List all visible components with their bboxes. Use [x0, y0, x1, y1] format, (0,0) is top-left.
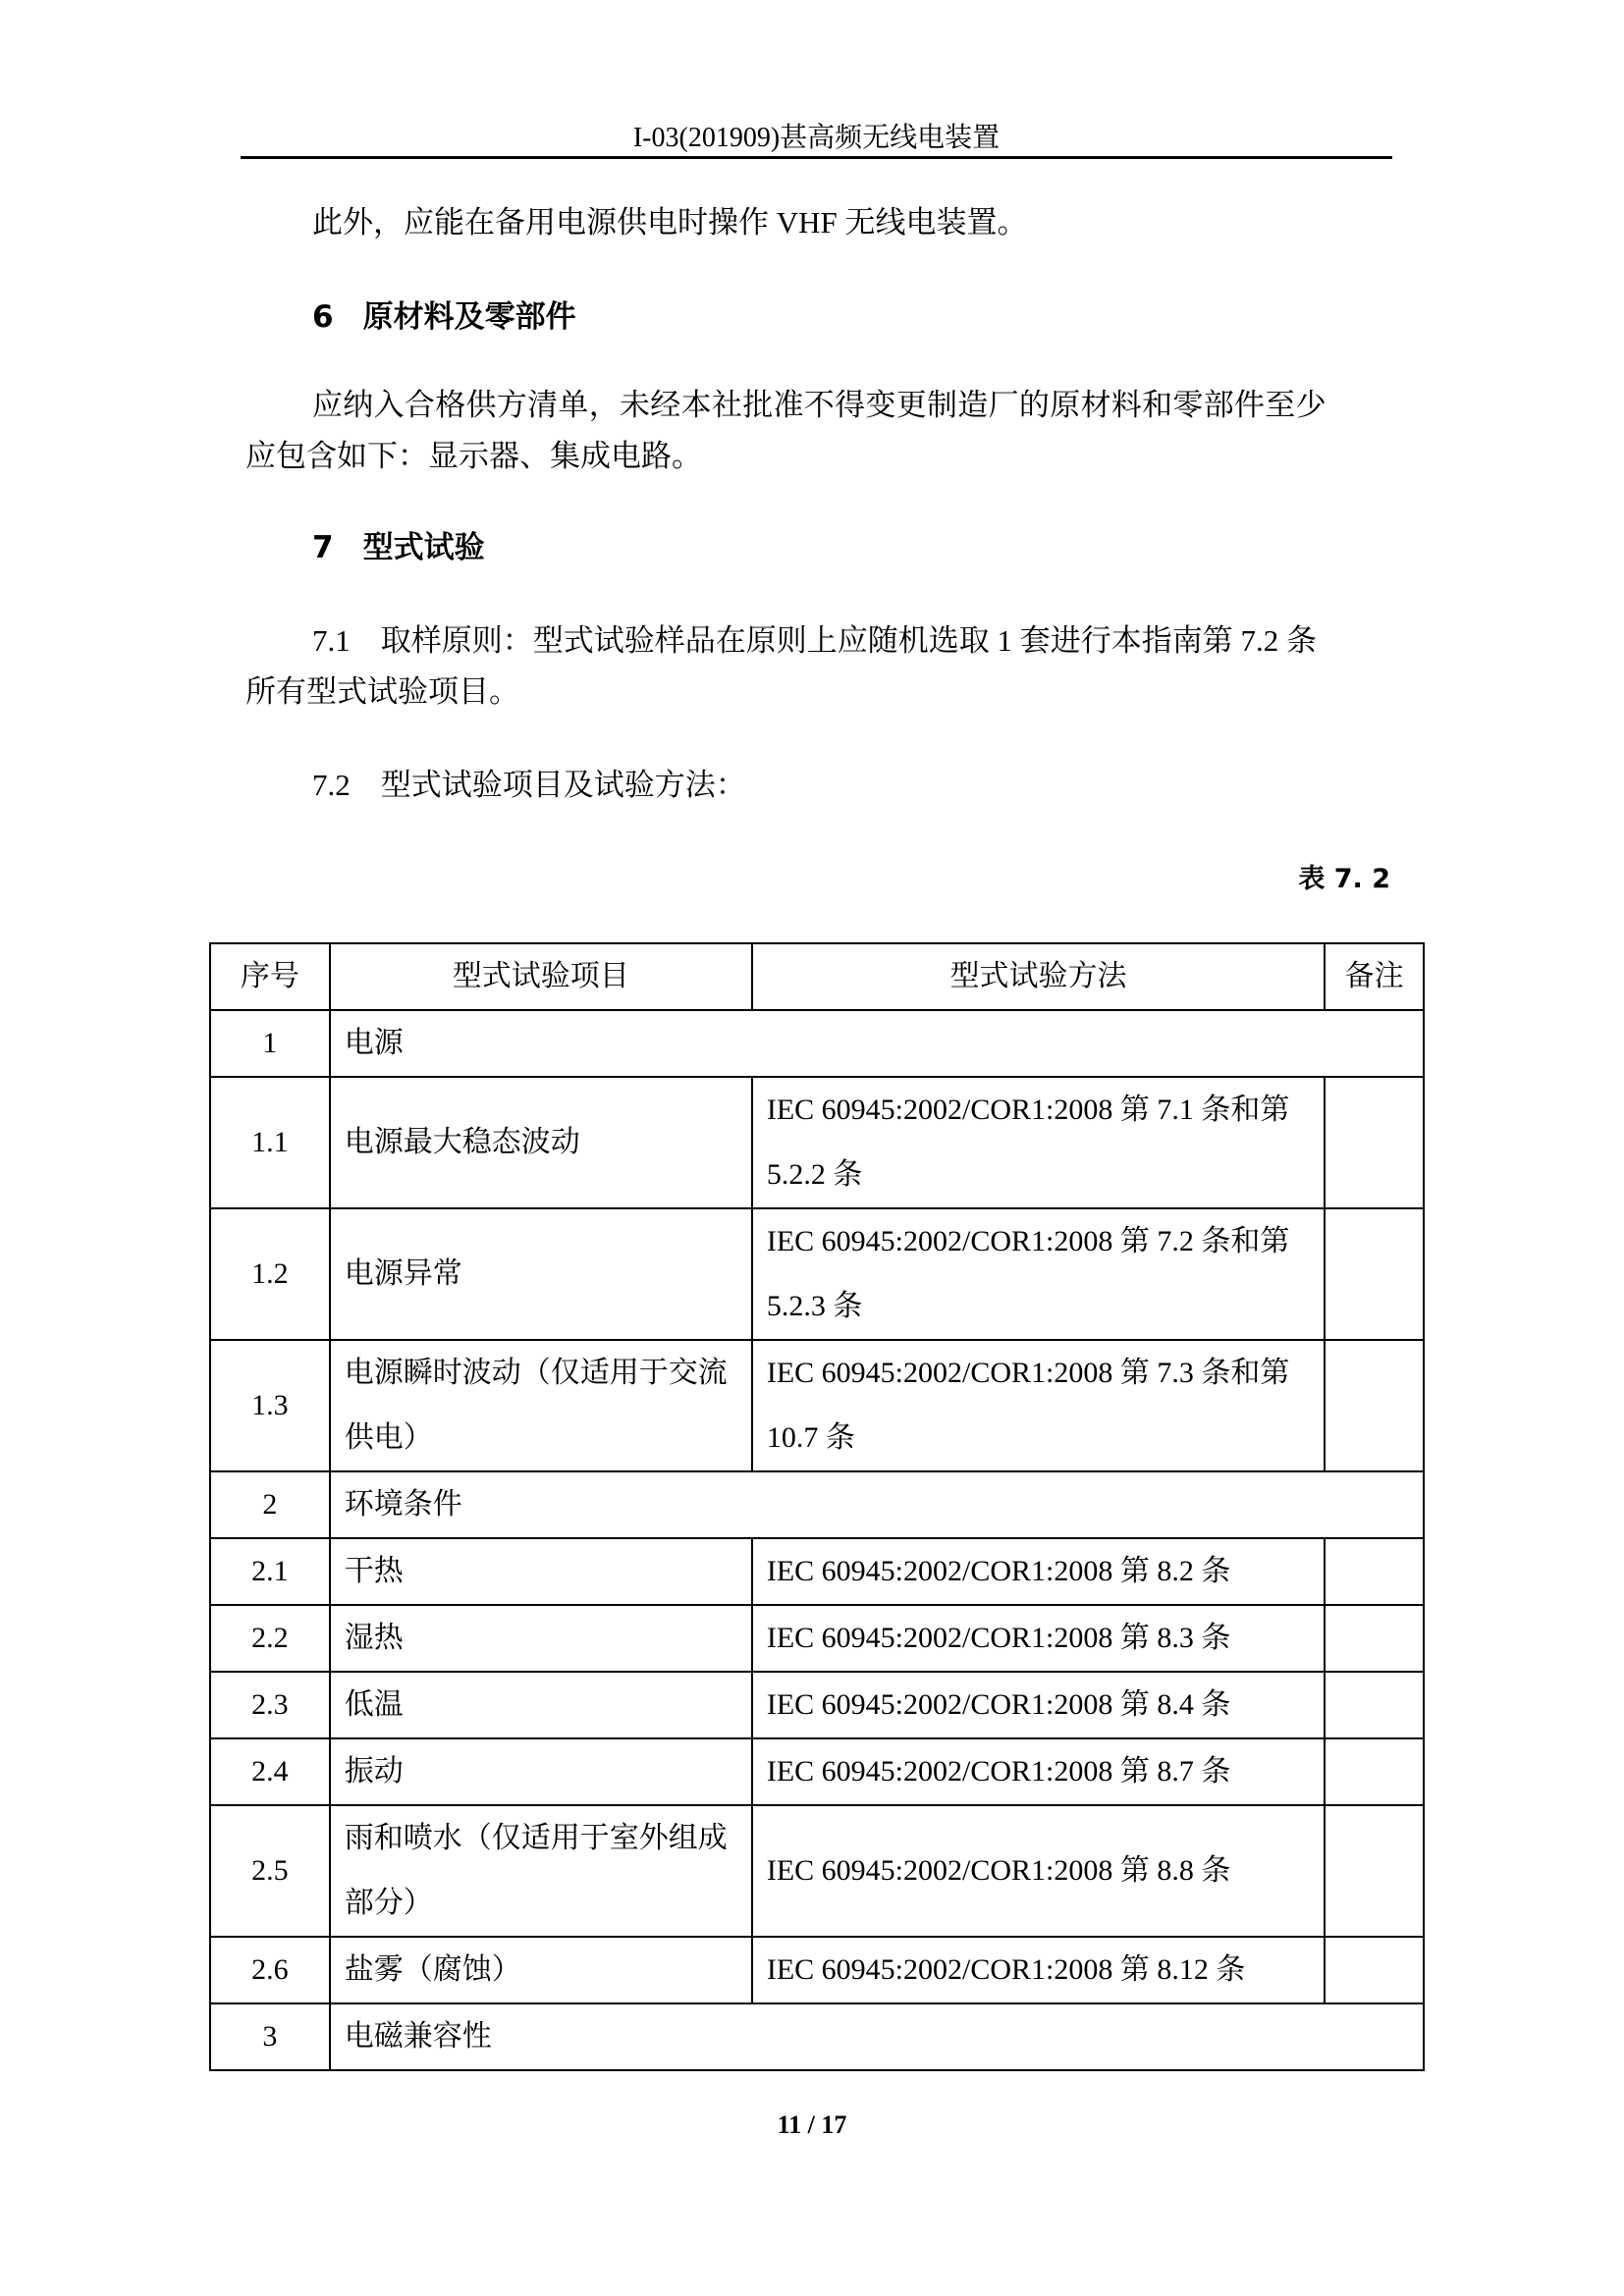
cell-note — [1325, 1738, 1424, 1805]
table-row: 1.1 电源最大稳态波动 IEC 60945:2002/COR1:2008 第 … — [210, 1077, 1424, 1208]
paragraph-materials-line1: 应纳入合格供方清单，未经本社批准不得变更制造厂的原材料和零部件至少 — [312, 386, 1326, 425]
cell-group-title: 电源 — [330, 1010, 1424, 1077]
cell-no: 2.1 — [210, 1538, 330, 1605]
section-title: 原材料及零部件 — [363, 299, 576, 335]
cell-no: 2.3 — [210, 1672, 330, 1738]
cell-method: IEC 60945:2002/COR1:2008 第 8.2 条 — [752, 1538, 1325, 1605]
table-row-group: 3 电磁兼容性 — [210, 2003, 1424, 2070]
cell-no: 3 — [210, 2003, 330, 2070]
cell-method: IEC 60945:2002/COR1:2008 第 8.7 条 — [752, 1738, 1325, 1805]
cell-no: 1.3 — [210, 1340, 330, 1471]
cell-no: 2.5 — [210, 1805, 330, 1937]
page-number: 11 / 17 — [0, 2110, 1624, 2140]
cell-item: 电源最大稳态波动 — [330, 1077, 752, 1208]
table-row: 2.4 振动 IEC 60945:2002/COR1:2008 第 8.7 条 — [210, 1738, 1424, 1805]
section-title: 型式试验 — [363, 530, 485, 565]
cell-method: IEC 60945:2002/COR1:2008 第 8.4 条 — [752, 1672, 1325, 1738]
cell-no: 2.6 — [210, 1937, 330, 2003]
paragraph-backup-power: 此外，应能在备用电源供电时操作 VHF 无线电装置。 — [312, 203, 1028, 242]
section-7-heading: 7型式试验 — [312, 528, 485, 567]
cell-group-title: 电磁兼容性 — [330, 2003, 1424, 2070]
header-rule — [241, 156, 1392, 159]
header-cell-no: 序号 — [210, 943, 330, 1010]
header-cell-item: 型式试验项目 — [330, 943, 752, 1010]
cell-no: 1.2 — [210, 1208, 330, 1340]
cell-no: 1 — [210, 1010, 330, 1077]
cell-method: IEC 60945:2002/COR1:2008 第 7.2 条和第 5.2.3… — [752, 1208, 1325, 1340]
cell-item: 盐雾（腐蚀） — [330, 1937, 752, 2003]
paragraph-7-1-line2: 所有型式试验项目。 — [245, 672, 519, 712]
cell-note — [1325, 1805, 1424, 1937]
cell-item: 湿热 — [330, 1605, 752, 1672]
cell-item: 雨和喷水（仅适用于室外组成部分） — [330, 1805, 752, 1937]
cell-method: IEC 60945:2002/COR1:2008 第 8.3 条 — [752, 1605, 1325, 1672]
cell-note — [1325, 1340, 1424, 1471]
cell-no: 2.4 — [210, 1738, 330, 1805]
cell-note — [1325, 1538, 1424, 1605]
table-header-row: 序号 型式试验项目 型式试验方法 备注 — [210, 943, 1424, 1010]
paragraph-materials-line2: 应包含如下：显示器、集成电路。 — [245, 437, 702, 476]
table-row: 2.2 湿热 IEC 60945:2002/COR1:2008 第 8.3 条 — [210, 1605, 1424, 1672]
cell-no: 2.2 — [210, 1605, 330, 1672]
header-cell-method: 型式试验方法 — [752, 943, 1325, 1010]
table-row-group: 1 电源 — [210, 1010, 1424, 1077]
table-row: 2.1 干热 IEC 60945:2002/COR1:2008 第 8.2 条 — [210, 1538, 1424, 1605]
cell-no: 1.1 — [210, 1077, 330, 1208]
cell-note — [1325, 1208, 1424, 1340]
cell-note — [1325, 1605, 1424, 1672]
table-row: 2.5 雨和喷水（仅适用于室外组成部分） IEC 60945:2002/COR1… — [210, 1805, 1424, 1937]
cell-method: IEC 60945:2002/COR1:2008 第 8.12 条 — [752, 1937, 1325, 2003]
section-number: 7 — [312, 530, 334, 565]
type-test-table: 序号 型式试验项目 型式试验方法 备注 1 电源 1.1 电源最大稳态波动 IE… — [209, 942, 1425, 2071]
running-header: I-03(201909)甚高频无线电装置 — [241, 122, 1392, 155]
cell-note — [1325, 1937, 1424, 2003]
cell-group-title: 环境条件 — [330, 1471, 1424, 1538]
paragraph-7-2: 7.2 型式试验项目及试验方法： — [312, 766, 746, 805]
header-cell-note: 备注 — [1325, 943, 1424, 1010]
section-number: 6 — [312, 299, 334, 335]
table-row-group: 2 环境条件 — [210, 1471, 1424, 1538]
cell-note — [1325, 1077, 1424, 1208]
table-caption: 表 7. 2 — [1298, 857, 1390, 895]
cell-item: 干热 — [330, 1538, 752, 1605]
table-row: 1.3 电源瞬时波动（仅适用于交流供电） IEC 60945:2002/COR1… — [210, 1340, 1424, 1471]
paragraph-7-1-line1: 7.1 取样原则：型式试验样品在原则上应随机选取 1 套进行本指南第 7.2 条 — [312, 621, 1317, 661]
cell-no: 2 — [210, 1471, 330, 1538]
cell-item: 低温 — [330, 1672, 752, 1738]
cell-item: 电源异常 — [330, 1208, 752, 1340]
section-6-heading: 6原材料及零部件 — [312, 297, 576, 337]
cell-method: IEC 60945:2002/COR1:2008 第 8.8 条 — [752, 1805, 1325, 1937]
table-row: 1.2 电源异常 IEC 60945:2002/COR1:2008 第 7.2 … — [210, 1208, 1424, 1340]
table-row: 2.6 盐雾（腐蚀） IEC 60945:2002/COR1:2008 第 8.… — [210, 1937, 1424, 2003]
cell-note — [1325, 1672, 1424, 1738]
cell-item: 电源瞬时波动（仅适用于交流供电） — [330, 1340, 752, 1471]
table-row: 2.3 低温 IEC 60945:2002/COR1:2008 第 8.4 条 — [210, 1672, 1424, 1738]
cell-method: IEC 60945:2002/COR1:2008 第 7.3 条和第 10.7 … — [752, 1340, 1325, 1471]
cell-method: IEC 60945:2002/COR1:2008 第 7.1 条和第 5.2.2… — [752, 1077, 1325, 1208]
cell-item: 振动 — [330, 1738, 752, 1805]
